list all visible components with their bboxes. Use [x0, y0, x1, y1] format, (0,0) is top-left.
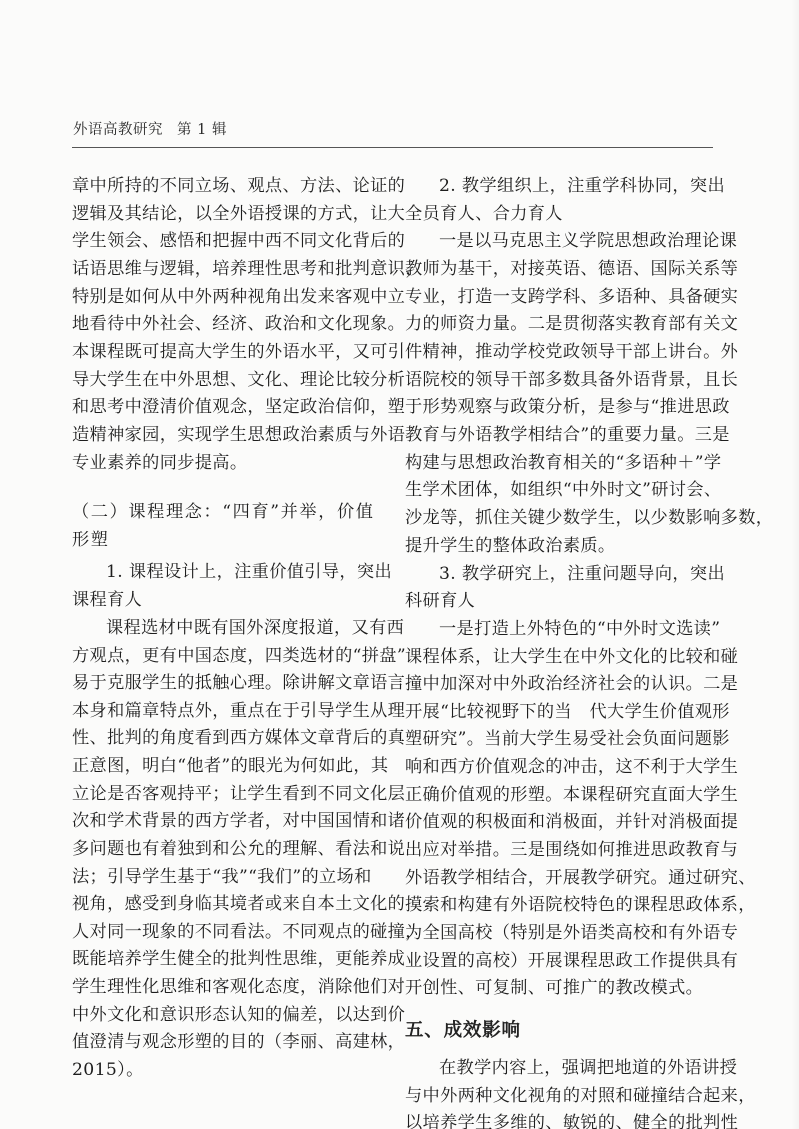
page-edge-shadow: [791, 0, 799, 1129]
issue-number: 第 1 辑: [177, 122, 227, 138]
text-line: 在教学内容上，强调把地道的外语讲授: [439, 1058, 737, 1078]
text-line: 视角，感受到身临其境者或来自本土文化的: [72, 894, 405, 914]
text-line: 业设置的高校）开展课程思政工作提供具有: [405, 951, 738, 971]
heading-line: 课程育人: [72, 590, 142, 610]
text-line: 导大学生在中外思想、文化、理论比较分析: [72, 370, 405, 390]
text-line: 响和西方价值观念的冲击，这不利于大学生: [405, 757, 738, 777]
heading-line: 1. 课程设计上，注重价值引导，突出: [106, 562, 392, 582]
text-line: 逻辑及其结论，以全外语授课的方式，让大: [72, 204, 405, 224]
text-line: 造精神家园，实现学生思想政治素质与外语: [72, 425, 405, 445]
text-line: 中外文化和意识形态认知的偏差，以达到价: [72, 1005, 405, 1025]
text-line: 以培养学生多维的、敏锐的、健全的批判性: [405, 1113, 738, 1129]
text-line: 正确价值观的形塑。本课程研究直面大学生: [405, 785, 738, 805]
text-line: 正意图，明白“他者”的眼光为何如此，其: [72, 756, 388, 776]
text-line: 值澄清与观念形塑的目的（李丽、高建林，: [72, 1032, 405, 1052]
text-line: 课程选材中既有国外深度报道，又有西: [106, 618, 404, 638]
text-line: 生学术团体，如组织“中外时文”研讨会、: [405, 480, 721, 500]
journal-title: 外语高教研究: [73, 122, 163, 138]
text-line: 既能培养学生健全的批判性思维，更能养成: [72, 949, 405, 969]
text-line: 教育与外语教学相结合”的重要力量。三是: [405, 425, 730, 445]
text-line: 和思考中澄清价值观念，坚定政治信仰，塑: [72, 397, 405, 417]
text-line: 地看待中外社会、经济、政治和文化现象。: [72, 314, 405, 334]
text-line: 出应对举措。三是围绕如何推进思政教育与: [405, 840, 738, 860]
text-line: 力的师资力量。二是贯彻落实教育部有关文: [405, 314, 738, 334]
text-line: 次和学术背景的西方学者，对中国国情和诸: [72, 811, 405, 831]
text-line: 语院校的领导干部多数具备外语背景，且长: [405, 370, 738, 390]
text-line: 塑研究”。当前大学生易受社会负面问题影: [405, 729, 730, 749]
section-heading-outcomes: 五、成效影响: [405, 1021, 521, 1041]
text-line: 一是以马克思主义学院思想政治理论课: [439, 231, 737, 251]
text-line: 价值观的积极面和消极面，并针对消极面提: [405, 812, 738, 832]
heading-line: 形塑: [72, 530, 110, 550]
text-line: 人对同一现象的不同看法。不同观点的碰撞，: [72, 922, 423, 942]
text-line: 本课程既可提高大学生的外语水平，又可引: [72, 342, 405, 362]
heading-line: 3. 教学研究上，注重问题导向，突出: [439, 564, 725, 584]
text-line: 性、批判的角度看到西方媒体文章背后的真: [72, 728, 405, 748]
text-line: 外语教学相结合，开展教学研究。通过研究、: [405, 868, 756, 888]
text-line: 教师为基干，对接英语、德语、国际关系等: [405, 259, 738, 279]
text-line: 易于克服学生的抵触心理。除讲解文章语言: [72, 673, 405, 693]
text-line: 法；引导学生基于“我”“我们”的立场和: [72, 867, 372, 887]
text-line: 章中所持的不同立场、观点、方法、论证的: [72, 176, 405, 196]
text-line: 与中外两种文化视角的对照和碰撞结合起来，: [405, 1086, 756, 1106]
text-line: 于形势观察与政策分析，是参与“推进思政: [405, 397, 730, 417]
text-line: 专业，打造一支跨学科、多语种、具备硬实: [405, 287, 738, 307]
text-line: 件精神，推动学校党政领导干部上讲台。外: [405, 342, 738, 362]
running-head: 外语高教研究第 1 辑: [73, 118, 227, 139]
text-line: 为全国高校（特别是外语类高校和有外语专: [405, 923, 738, 943]
text-line: 2015）。: [72, 1060, 144, 1080]
text-line: 摸索和构建有外语院校特色的课程思政体系，: [405, 895, 756, 915]
text-line: 专业素养的同步提高。: [72, 453, 247, 473]
text-line: 沙龙等，抓住关键少数学生，以少数影响多数，: [405, 508, 773, 528]
heading-line: 2. 教学组织上，注重学科协同，突出: [439, 176, 725, 196]
text-line: 本身和篇章特点外，重点在于引导学生从理: [72, 701, 405, 721]
text-line: 撞中加深对中外政治经济社会的认识。二是: [405, 674, 738, 694]
text-line: 立论是否客观持平；让学生看到不同文化层: [72, 784, 405, 804]
text-line: 一是打造上外特色的“中外时文选读”: [439, 619, 720, 639]
text-line: 多问题也有着独到和公允的理解、看法和说: [72, 839, 405, 859]
heading-line: 科研育人: [405, 591, 475, 611]
text-line: 学生领会、感悟和把握中西不同文化背后的: [72, 231, 405, 251]
header-rule: [72, 147, 713, 148]
text-line: 开创性、可复制、可推广的教改模式。: [405, 978, 703, 998]
text-line: 学生理性化思维和客观化态度，消除他们对: [72, 977, 405, 997]
text-line: 特别是如何从中外两种视角出发来客观中立: [72, 287, 405, 307]
text-line: 话语思维与逻辑，培养理性思考和批判意识，: [72, 259, 423, 279]
text-line: 构建与思想政治教育相关的“多语种＋”学: [405, 453, 721, 473]
text-line: 提升学生的整体政治素质。: [405, 536, 615, 556]
heading-line: （二）课程理念：“四育”并举，价值: [72, 502, 375, 522]
text-line: 方观点，更有中国态度，四类选材的“拼盘”: [72, 646, 406, 666]
heading-line: 全员育人、合力育人: [405, 204, 563, 224]
text-line: 课程体系，让大学生在中外文化的比较和碰: [405, 647, 738, 667]
text-line: 开展“比较视野下的当 代大学生价值观形: [405, 702, 730, 722]
